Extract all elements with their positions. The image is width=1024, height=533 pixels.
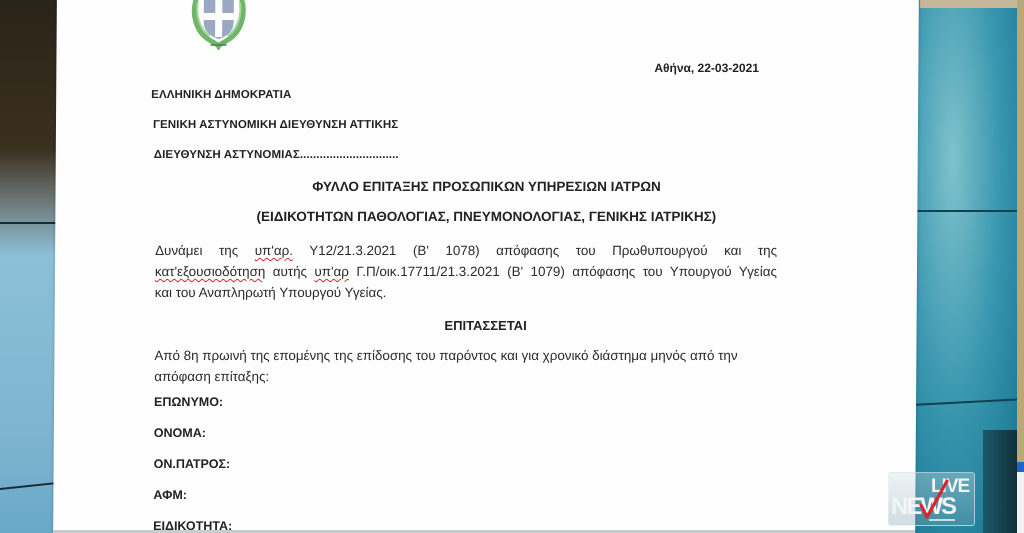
checkmark-icon	[913, 479, 953, 519]
header-police-directorate: ΓΕΝΙΚΗ ΑΣΤΥΝΟΜΙΚΗ ΔΙΕΥΘΥΝΣΗ ΑΤΤΙΚΗΣ	[153, 119, 398, 131]
text-fragment: Δυνάμει της	[155, 243, 255, 258]
wall-seam	[911, 398, 1024, 406]
spellcheck-underlined-word: υπ'αρ	[314, 264, 349, 279]
document-subtitle: (ΕΙΔΙΚΟΤΗΤΩΝ ΠΑΘΟΛΟΓΙΑΣ, ΠΝΕΥΜΟΝΟΛΟΓΙΑΣ,…	[55, 209, 917, 224]
document-date: Αθήνα, 22-03-2021	[654, 61, 759, 75]
greek-coat-of-arms-icon	[188, 0, 250, 50]
order-heading: ΕΠΙΤΑΣΣΕΤΑΙ	[55, 318, 917, 333]
requisition-document: Αθήνα, 22-03-2021 ΕΛΛΗΝΙΚΗ ΔΗΜΟΚΡΑΤΙΑ ΓΕ…	[53, 0, 919, 533]
field-tax-id: ΑΦΜ:	[153, 488, 187, 502]
order-line-2: απόφαση επίταξης:	[154, 366, 776, 387]
order-paragraph: Από 8η πρωινή της επομένης της επίδοσης …	[154, 345, 776, 387]
intro-line-3: και του Αναπληρωτή Υπουργού Υγείας.	[155, 282, 777, 303]
shadow	[983, 430, 1017, 533]
wall-edge	[1017, 0, 1024, 533]
field-first-name: ΟΝΟΜΑ:	[154, 426, 206, 440]
order-line-1: Από 8η πρωινή της επομένης της επίδοσης …	[154, 345, 776, 366]
screen-stripe	[1017, 462, 1024, 472]
header-republic: ΕΛΛΗΝΙΚΗ ΔΗΜΟΚΡΑΤΙΑ	[151, 89, 291, 101]
wall-seam	[911, 210, 1024, 212]
intro-line-2: κατ'εξουσιοδότηση αυτής υπ'αρ Γ.Π/οικ.17…	[155, 261, 777, 282]
studio-background-right	[905, 0, 1024, 533]
live-news-logo: LIVE NEWS	[888, 472, 975, 526]
field-fathers-name: ΟΝ.ΠΑΤΡΟΣ:	[154, 457, 231, 471]
spellcheck-underlined-word: κατ'εξουσιοδότηση	[155, 264, 265, 279]
text-fragment: αυτής	[265, 264, 314, 279]
text-fragment: Γ.Π/οικ.17711/21.3.2021 (Β' 1079) απόφασ…	[349, 264, 777, 279]
logo-gleam	[929, 519, 955, 521]
screen-edge	[1017, 472, 1024, 533]
spellcheck-underlined-word: υπ'αρ.	[255, 243, 293, 258]
wall-trim	[920, 0, 1024, 8]
header-police-division: ΔΙΕΥΘΥΝΣΗ ΑΣΤΥΝΟΜΙΑΣ....................…	[154, 149, 399, 161]
field-surname: ΕΠΩΝΥΜΟ:	[154, 395, 223, 409]
text-fragment: Υ12/21.3.2021 (Β' 1078) απόφασης του Πρω…	[293, 243, 777, 258]
document-title: ΦΥΛΛΟ ΕΠΙΤΑΞΗΣ ΠΡΟΣΩΠΙΚΩΝ ΥΠΗΡΕΣΙΩΝ ΙΑΤΡ…	[56, 179, 918, 194]
intro-paragraph: Δυνάμει της υπ'αρ. Υ12/21.3.2021 (Β' 107…	[155, 240, 777, 303]
intro-line-1: Δυνάμει της υπ'αρ. Υ12/21.3.2021 (Β' 107…	[155, 240, 777, 261]
